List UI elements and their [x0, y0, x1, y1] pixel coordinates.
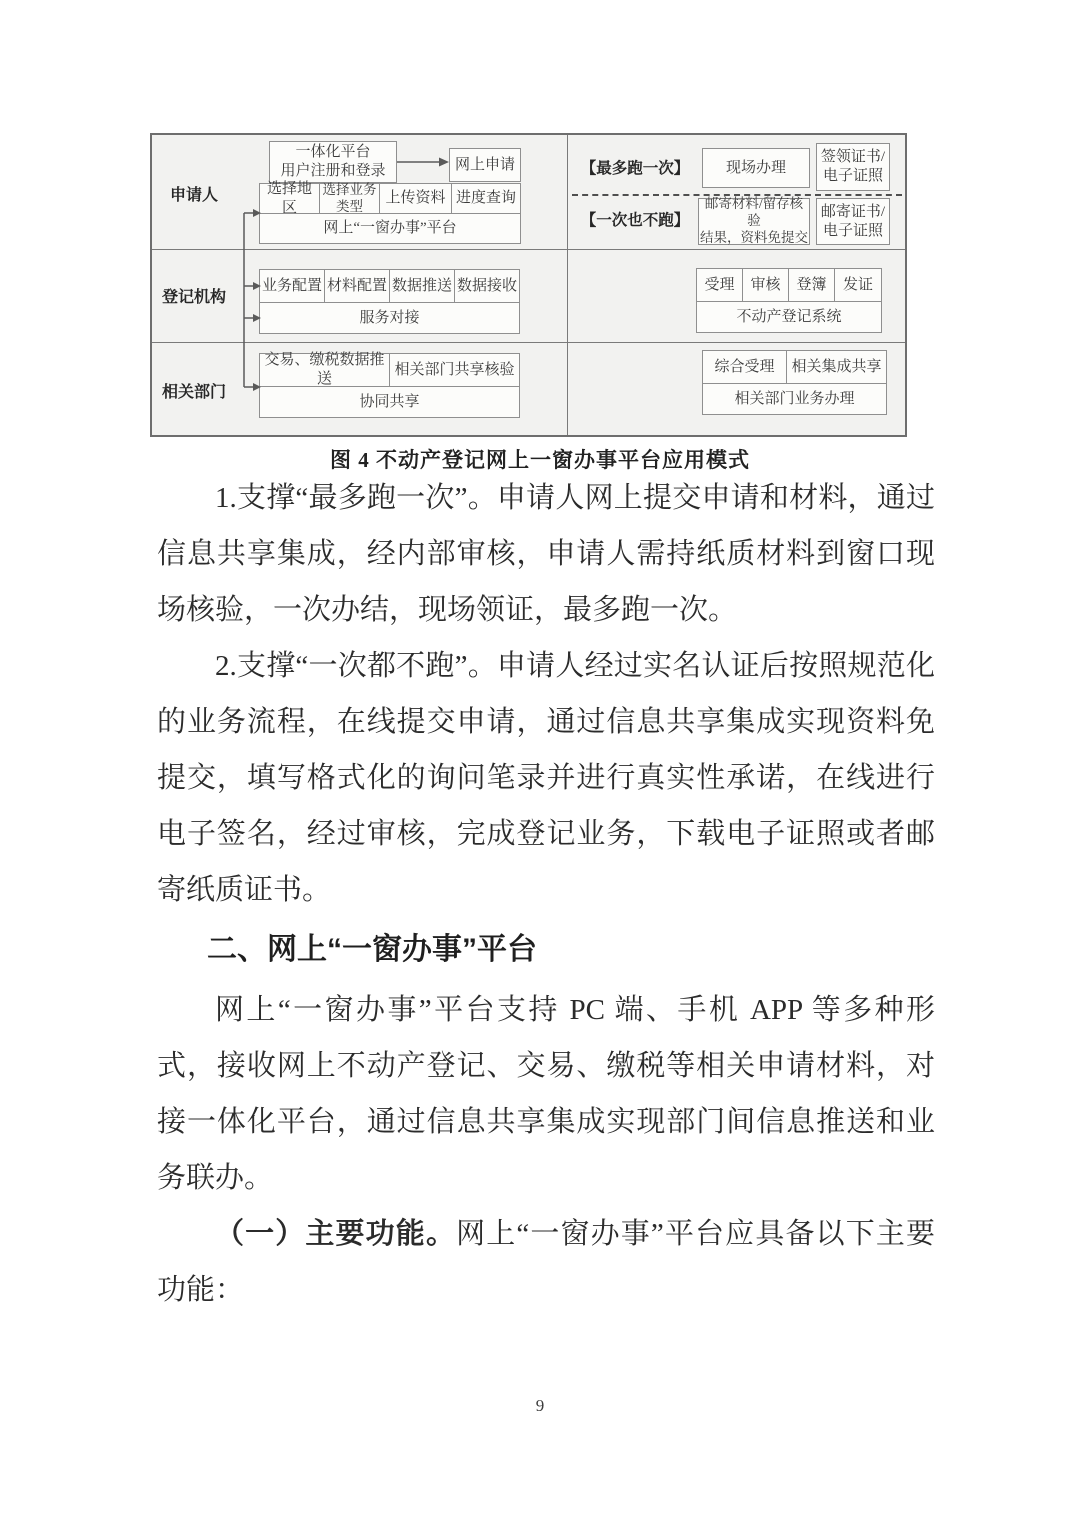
- cell-accept: 受理: [696, 268, 743, 302]
- connector-lines: [237, 205, 263, 395]
- cell-progress-query: 进度查询: [451, 183, 521, 214]
- box-platform-register: 一体化平台 用户注册和登录: [269, 141, 397, 183]
- label-zero-run: 【一次也不跑】: [575, 205, 695, 233]
- row-label-departments: 相关部门: [158, 378, 230, 402]
- cell-tax-data-push: 交易、缴税数据推送: [259, 353, 390, 387]
- cell-data-receive: 数据接收: [454, 269, 520, 303]
- cell-record: 登簿: [788, 268, 835, 302]
- row-label-applicant: 申请人: [162, 181, 226, 205]
- cell-choose-region: 选择地区: [259, 183, 320, 214]
- arrow-right-icon: [397, 154, 449, 170]
- paragraph-zero-run: 2.支撑“一次都不跑”。申请人经过实名认证后按照规范化的业务流程，在线提交申请，…: [157, 638, 935, 918]
- cell-choose-business-type: 选择业务 类型: [319, 183, 380, 214]
- cell-material-config: 材料配置: [324, 269, 390, 303]
- document-page: 申请人 一体化平台 用户注册和登录 网上申请 选择地区 选择业务 类型 上传资料…: [0, 0, 1080, 1527]
- cell-review: 审核: [742, 268, 789, 302]
- paragraph-main-functions: （一）主要功能。网上“一窗办事”平台应具备以下主要功能：: [157, 1206, 935, 1318]
- body-text: 1.支撑“最多跑一次”。申请人网上提交申请和材料，通过信息共享集成，经内部审核，…: [157, 470, 935, 1318]
- subheading-main-functions: （一）主要功能。: [215, 1218, 456, 1250]
- cell-business-config: 业务配置: [259, 269, 325, 303]
- box-department-business-handling: 相关部门业务办理: [702, 383, 887, 415]
- box-service-connection: 服务对接: [259, 302, 520, 334]
- box-mail-materials: 邮寄材料/留存核验 结果，资料免提交: [698, 198, 810, 245]
- row-divider-1: [152, 249, 905, 250]
- box-sign-certificate: 签领证书/ 电子证照: [816, 143, 890, 191]
- cell-department-share-check: 相关部门共享核验: [389, 353, 520, 387]
- box-real-estate-registration-system: 不动产登记系统: [696, 301, 882, 333]
- column-divider: [567, 135, 568, 435]
- cell-related-integration-share: 相关集成共享: [786, 350, 887, 384]
- section-heading-online-platform: 二、网上“一窗办事”平台: [157, 922, 935, 978]
- box-collaborative-sharing: 协同共享: [259, 386, 520, 418]
- box-one-window-platform: 网上“一窗办事”平台: [259, 213, 521, 244]
- row-divider-2: [152, 342, 905, 343]
- box-online-apply: 网上申请: [449, 148, 521, 182]
- row-label-registry: 登记机构: [158, 283, 230, 307]
- cell-comprehensive-acceptance: 综合受理: [702, 350, 787, 384]
- paragraph-platform-description: 网上“一窗办事”平台支持 PC 端、手机 APP 等多种形式，接收网上不动产登记…: [157, 982, 935, 1206]
- page-number: 9: [0, 1396, 1080, 1416]
- cell-upload-materials: 上传资料: [379, 183, 452, 214]
- box-mail-certificate: 邮寄证书/ 电子证照: [816, 198, 890, 245]
- figure-4-diagram: 申请人 一体化平台 用户注册和登录 网上申请 选择地区 选择业务 类型 上传资料…: [150, 133, 907, 437]
- paragraph-run-at-most-once: 1.支撑“最多跑一次”。申请人网上提交申请和材料，通过信息共享集成，经内部审核，…: [157, 470, 935, 638]
- label-run-at-most-once: 【最多跑一次】: [575, 153, 695, 181]
- cell-data-push: 数据推送: [389, 269, 455, 303]
- box-onsite-handling: 现场办理: [702, 148, 810, 188]
- cell-issue-cert: 发证: [834, 268, 882, 302]
